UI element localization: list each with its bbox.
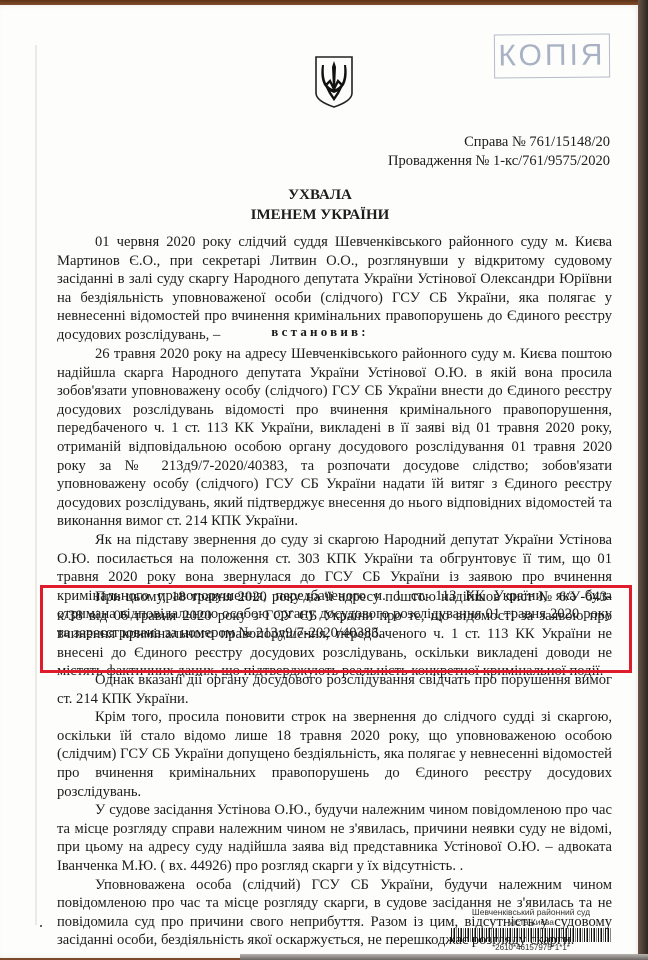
red-highlight-box [40,585,632,673]
document-page: КОПІЯ Справа № 761/15148/20 Провадження … [0,5,640,958]
paper-fold-line [35,45,37,925]
paragraph-4: Однак вказані дії органу досудового розс… [57,671,612,708]
document-title: УХВАЛА ІМЕНЕМ УКРАЇНИ [0,185,640,225]
barcode-icon [451,928,611,942]
ukraine-trident-coat-of-arms-icon [314,55,354,109]
court-name-line-2: міста Києва [446,917,616,927]
paper-speck [40,925,42,927]
title-line-2: ІМЕНЕМ УКРАЇНИ [0,205,640,225]
case-numbers: Справа № 761/15148/20 Провадження № 1-кс… [388,133,610,171]
barcode-number: *2610*46157975*1*1* [446,943,616,953]
background-right-edge [638,0,648,960]
case-number: Справа № 761/15148/20 [388,133,610,152]
copy-stamp: КОПІЯ [494,33,610,78]
ruling-heading: встановив: [0,324,640,340]
background-bottom-edge [240,954,648,960]
paragraph-6: У судове засідання Устінова О.Ю., будучи… [57,801,612,875]
court-name-line-1: Шевченківський районний суд [446,907,616,917]
court-barcode-stamp: Шевченківський районний суд міста Києва … [446,907,616,953]
paragraph-5: Крім того, просила поновити строк на зве… [57,708,612,801]
title-line-1: УХВАЛА [0,185,640,205]
paragraph-1: 26 травня 2020 року на адресу Шевченківс… [57,345,612,531]
proceeding-number: Провадження № 1-кс/761/9575/2020 [388,152,610,171]
